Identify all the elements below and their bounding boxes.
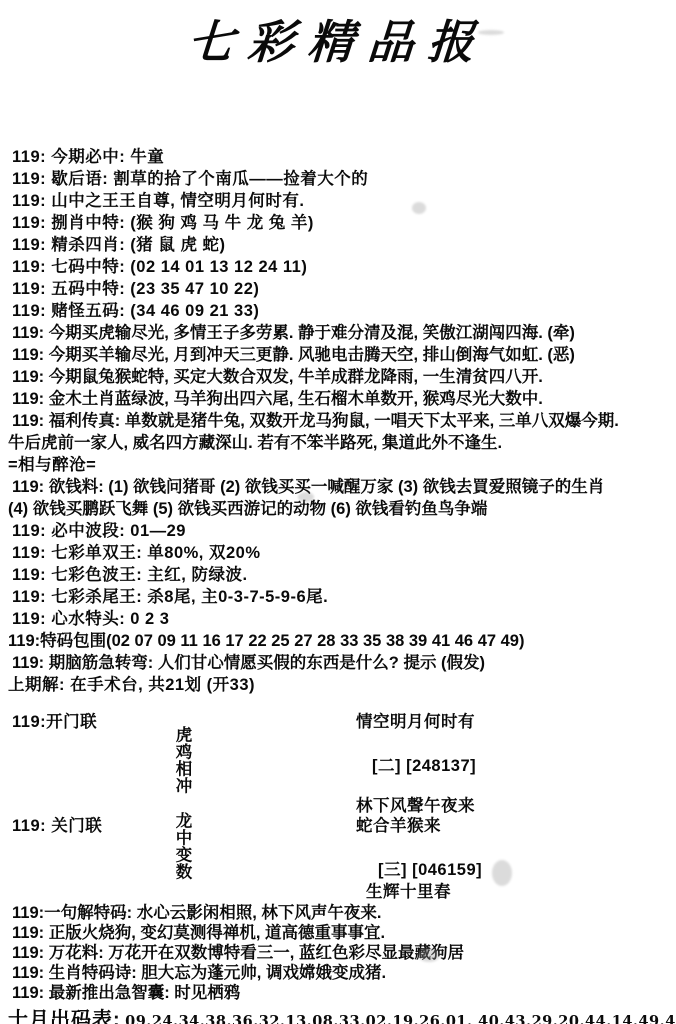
tip-line: 119: 捌肖中特: (猴 狗 鸡 马 牛 龙 兔 羊)	[0, 212, 676, 234]
open-couplet-code: [二] [248137]	[372, 752, 476, 776]
tip-line: 119: 福利传真: 单数就是猪牛兔, 双数开龙马狗鼠, 一唱天下太平来, 三单…	[0, 410, 676, 432]
tip-line: 119:一句解特码: 水心云影闲相照, 林下风声午夜来.	[0, 903, 676, 923]
page-title: 七彩精品报	[0, 6, 676, 72]
tip-line: 119: 今期买虎输尽光, 多情王子多劳累. 静于难分清及混, 笑傲江湖闯四海.…	[0, 322, 676, 344]
tip-line: 119: 最新推出急智囊: 时见栖鸦	[0, 983, 676, 1003]
close-couplet-line: 生辉十里春	[366, 878, 451, 902]
open-couplet-label: 119:开门联	[12, 708, 97, 732]
close-couplet-first-line: 蛇合羊猴来	[356, 812, 441, 836]
tip-line: 119:特码包围(02 07 09 11 16 17 22 25 27 28 3…	[0, 630, 676, 652]
tip-line: 119: 期脑筋急转弯: 人们甘心情愿买假的东西是什么? 提示 (假发)	[0, 652, 676, 674]
tips-list: 119: 今期必中: 牛童 119: 歇后语: 割草的拾了个南瓜——捡着大个的 …	[0, 146, 676, 696]
monthly-codes-line: 十月出码表: 09.24.34.38.36.32.13.08.33.02.19.…	[0, 1003, 676, 1024]
tip-line: 119: 精杀四肖: (猪 鼠 虎 蛇)	[0, 234, 676, 256]
close-couplet-vertical-text: 龙中变数	[170, 812, 194, 880]
tip-line: 牛后虎前一家人, 威名四方藏深山. 若有不笨半路死, 集道此外不逢生.	[0, 432, 676, 454]
tip-line: 119: 五码中特: (23 35 47 10 22)	[0, 278, 676, 300]
noise-speckle	[412, 202, 426, 214]
noise-speckle	[298, 492, 314, 502]
tip-line: 119: 七码中特: (02 14 01 13 12 24 11)	[0, 256, 676, 278]
tip-line: 119: 七彩单双王: 单80%, 双20%	[0, 542, 676, 564]
tip-line: 119: 万花料: 万花开在双数博特看三一, 蓝红色彩尽显最藏狗居	[0, 943, 676, 963]
tip-line: 119: 金木土肖蓝绿波, 马羊狗出四六尾, 生石榴木单数开, 猴鸡尽光大数中.	[0, 388, 676, 410]
tip-line: 119: 生肖特码诗: 胆大忘为蓬元帅, 调戏嫦娥变成猪.	[0, 963, 676, 983]
tip-line: 119: 七彩色波王: 主红, 防绿波.	[0, 564, 676, 586]
tip-line: 119: 赌怪五码: (34 46 09 21 33)	[0, 300, 676, 322]
tip-line: 119: 山中之王王自尊, 情空明月何时有.	[0, 190, 676, 212]
noise-speckle	[418, 948, 440, 962]
tip-line: 上期解: 在手术台, 共21划 (开33)	[0, 674, 676, 696]
tip-line: 119: 今期必中: 牛童	[0, 146, 676, 168]
tip-line: 119: 欲钱料: (1) 欲钱问猪哥 (2) 欲钱买买一喊醒万家 (3) 欲钱…	[0, 476, 676, 498]
newspaper-page: 七彩精品报 119: 今期必中: 牛童 119: 歇后语: 割草的拾了个南瓜——…	[0, 0, 676, 1024]
tip-line: 119: 心水特头: 0 2 3	[0, 608, 676, 630]
close-couplet-label: 119: 关门联	[12, 812, 102, 836]
monthly-codes-values: 09.24.34.38.36.32.13.08.33.02.19.26.01. …	[125, 1013, 676, 1024]
tip-line: (4) 欲钱买鹏跃飞舞 (5) 欲钱买西游记的动物 (6) 欲钱看钓鱼鸟争端	[0, 498, 676, 520]
monthly-codes-label: 十月出码表:	[8, 1009, 121, 1024]
tip-line: 119: 今期鼠兔猴蛇特, 买定大数合双发, 牛羊成群龙降雨, 一生清贫四八开.	[0, 366, 676, 388]
noise-speckle	[492, 860, 512, 886]
couplet-section: 119:开门联 虎鸡相冲 情空明月何时有 [二] [248137] 林下风聲午夜…	[0, 700, 676, 903]
footer-tips: 119:一句解特码: 水心云影闲相照, 林下风声午夜来. 119: 正版火烧狗,…	[0, 903, 676, 1024]
tip-line: 119: 七彩杀尾王: 杀8尾, 主0-3-7-5-9-6尾.	[0, 586, 676, 608]
noise-speckle	[478, 30, 504, 35]
close-couplet-code: [三] [046159]	[378, 856, 482, 880]
open-couplet-line: 情空明月何时有	[356, 708, 475, 732]
open-couplet-vertical-text: 虎鸡相冲	[170, 726, 194, 794]
section-divider-line: =相与醉沧=	[0, 454, 676, 476]
tip-line: 119: 歇后语: 割草的拾了个南瓜——捡着大个的	[0, 168, 676, 190]
tip-line: 119: 必中波段: 01—29	[0, 520, 676, 542]
tip-line: 119: 今期买羊输尽光, 月到冲天三更静. 风驰电击腾天空, 排山倒海气如虹.…	[0, 344, 676, 366]
tip-line: 119: 正版火烧狗, 变幻莫测得禅机, 道高德重事事宜.	[0, 923, 676, 943]
